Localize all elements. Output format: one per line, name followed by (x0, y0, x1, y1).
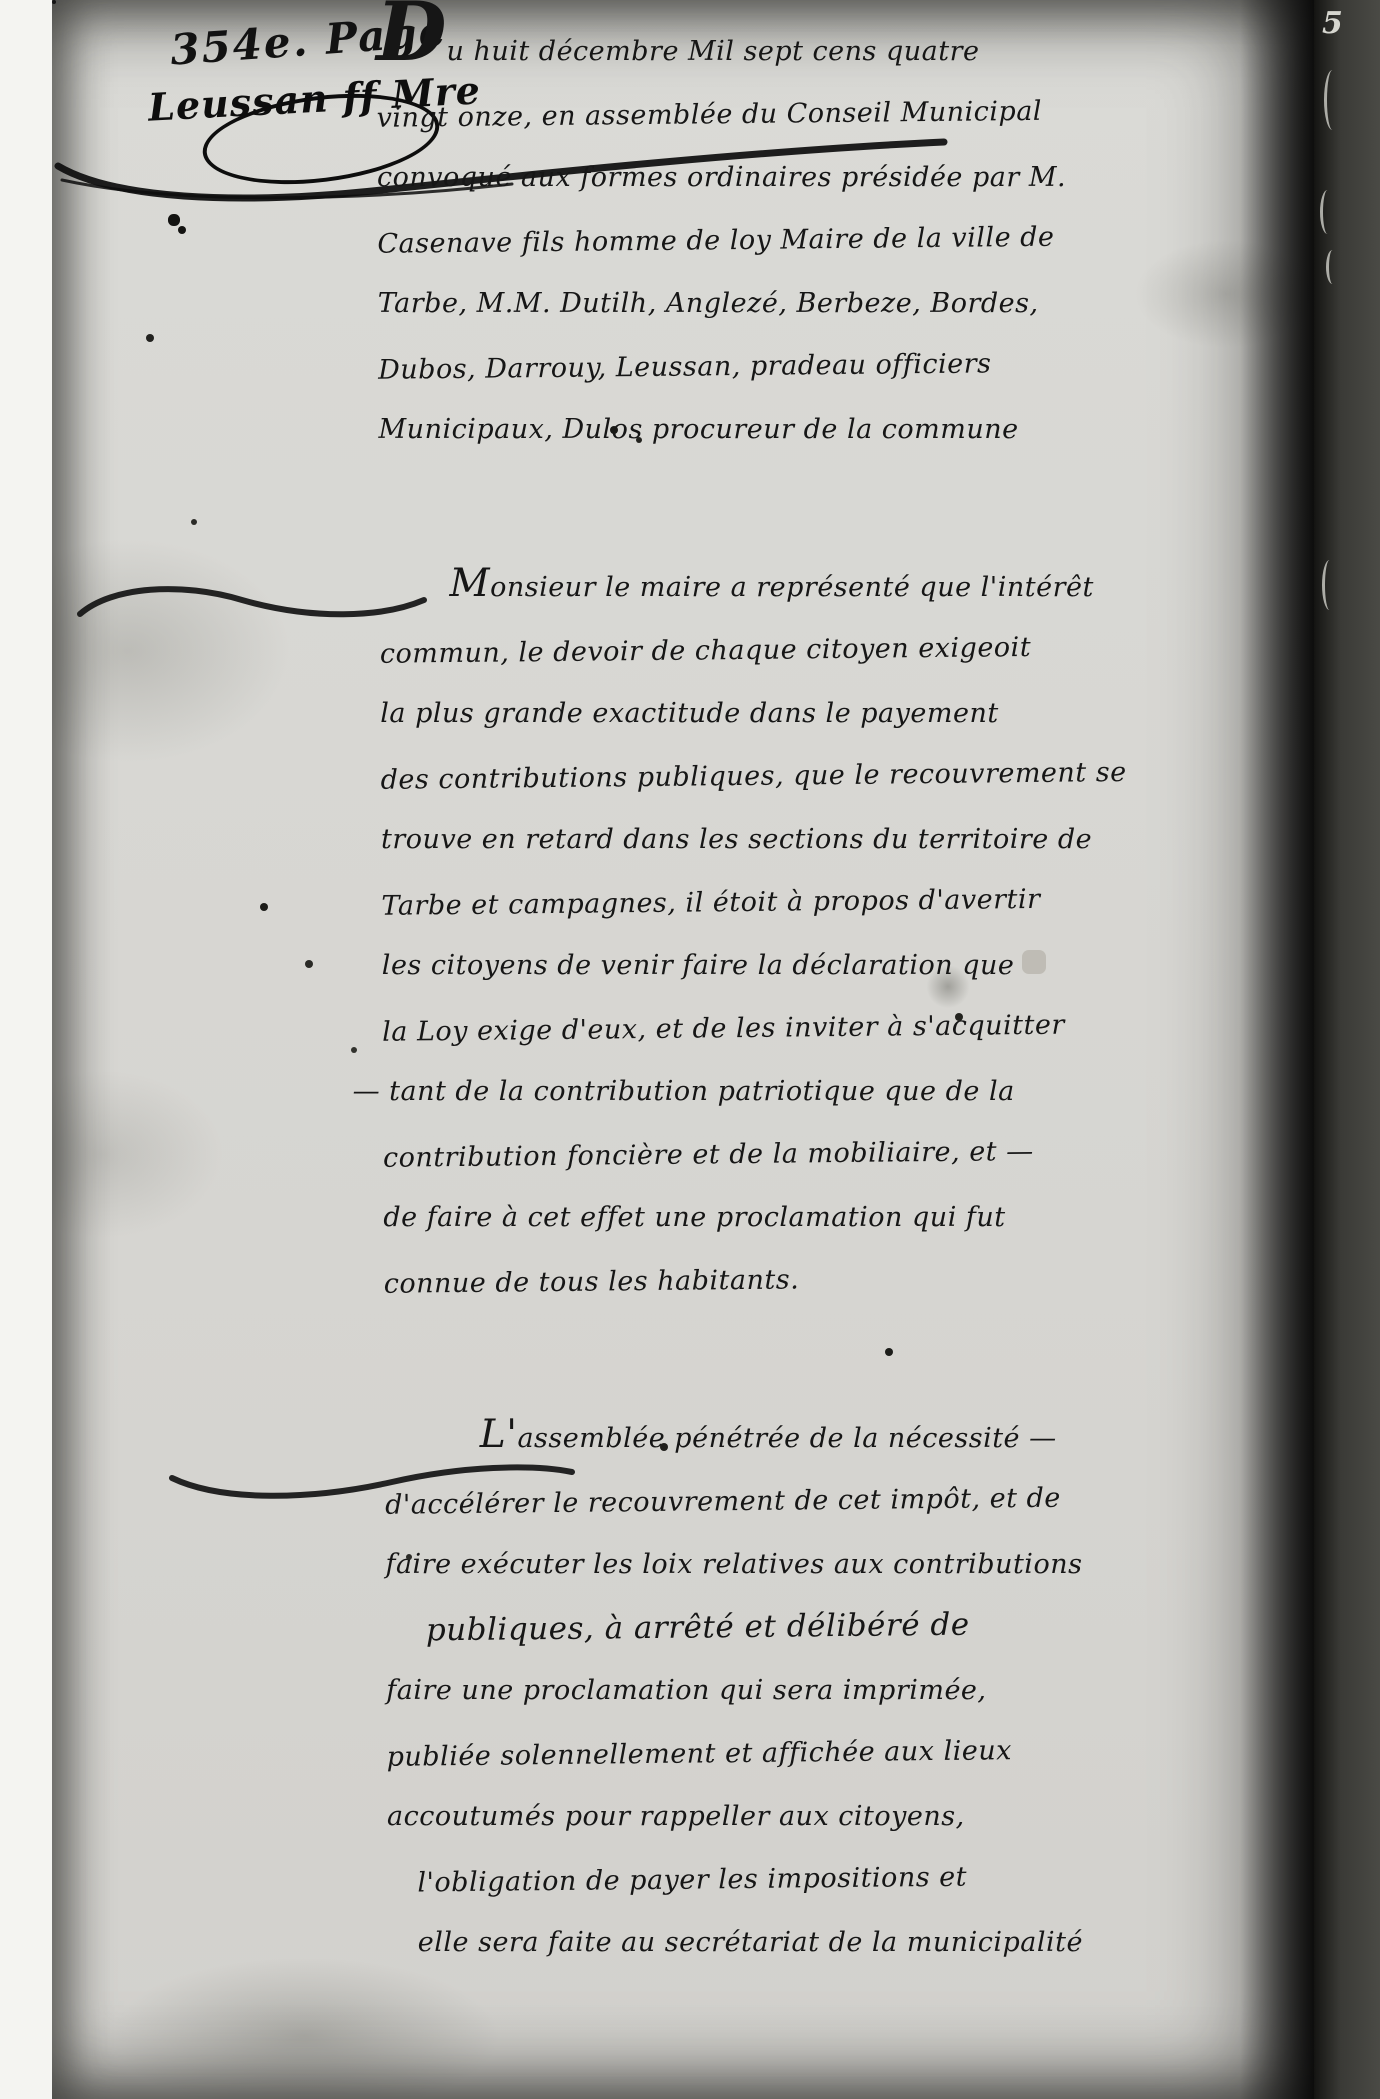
facing-page-text-fragment (1326, 250, 1339, 284)
manuscript-line: publiques, à arrêté et délibéré de (386, 1592, 1107, 1663)
manuscript-line: contribution foncière et de la mobiliair… (383, 1119, 1104, 1190)
manuscript-line: Dubos, Darrouy, Leussan, pradeau officie… (378, 331, 1099, 402)
manuscript-line: la plus grande exactitude dans le payeme… (380, 682, 1100, 745)
manuscript-line: vingt onze, en assemblée du Conseil Muni… (376, 79, 1097, 150)
manuscript-line: de faire à cet effet une proclamation qu… (383, 1186, 1103, 1249)
manuscript-line: Tarbe, M.M. Dutilh, Anglezé, Berbeze, Bo… (378, 272, 1098, 335)
manuscript-line: Municipaux, Dulos procureur de la commun… (379, 398, 1099, 461)
paragraph: Monsieur le maire a représenté que l'int… (379, 554, 1104, 1314)
manuscript-line: convoqué aux formes ordinaires présidée … (377, 146, 1097, 209)
manuscript-page: 354e. Page Leussan ff Mre Du huit décemb… (52, 0, 1314, 2099)
manuscript-line: accoutumés pour rappeller aux citoyens, (387, 1785, 1107, 1848)
ink-blot (52, 0, 56, 4)
manuscript-line: connue de tous les habitants. (383, 1245, 1104, 1316)
manuscript-line: trouve en retard dans les sections du te… (381, 808, 1101, 871)
paragraph-flourish (72, 570, 432, 640)
facing-page-text-fragment (1320, 190, 1335, 234)
manuscript-line: publiée solennellement et affichée aux l… (386, 1718, 1107, 1789)
manuscript-line: d'accélérer le recouvrement de cet impôt… (385, 1466, 1106, 1537)
facing-page-text-fragment (1322, 560, 1337, 610)
manuscript-line: commun, le devoir de chaque citoyen exig… (380, 615, 1101, 686)
scanned-manuscript: { "document": { "page_label": "354e. Pag… (0, 0, 1380, 2099)
manuscript-text: Du huit décembre Mil sept cens quatre vi… (376, 18, 1108, 1976)
manuscript-line: Monsieur le maire a représenté que l'int… (379, 556, 1099, 619)
manuscript-line: les citoyens de venir faire la déclarati… (382, 934, 1102, 997)
manuscript-line: Casenave fils homme de loy Maire de la v… (377, 205, 1098, 276)
facing-page-text-fragment (1324, 70, 1341, 130)
paragraph: L'assemblée pénétrée de la nécessité — d… (385, 1405, 1108, 1976)
manuscript-line: la Loy exige d'eux, et de les inviter à … (382, 993, 1103, 1064)
manuscript-line: faire une proclamation qui sera imprimée… (386, 1659, 1106, 1722)
manuscript-line: elle sera faite au secrétariat de la mun… (388, 1911, 1108, 1974)
manuscript-line: l'obligation de payer les impositions et (387, 1844, 1108, 1915)
paragraph: Du huit décembre Mil sept cens quatre vi… (376, 18, 1099, 463)
adjacent-page-number: 5 (1322, 6, 1343, 41)
page-gutter-shadow (1240, 0, 1314, 2099)
manuscript-line: Tarbe et campagnes, il étoit à propos d'… (381, 867, 1102, 938)
manuscript-line: Du huit décembre Mil sept cens quatre (376, 20, 1096, 83)
manuscript-line: des contributions publiques, que le reco… (380, 741, 1101, 812)
manuscript-line: faire exécuter les loix relatives aux co… (385, 1533, 1105, 1596)
manuscript-line: L'assemblée pénétrée de la nécessité — (385, 1407, 1105, 1470)
manuscript-line: — tant de la contribution patriotique qu… (353, 1060, 1103, 1123)
facing-page-edge: 5 (1314, 0, 1380, 2099)
